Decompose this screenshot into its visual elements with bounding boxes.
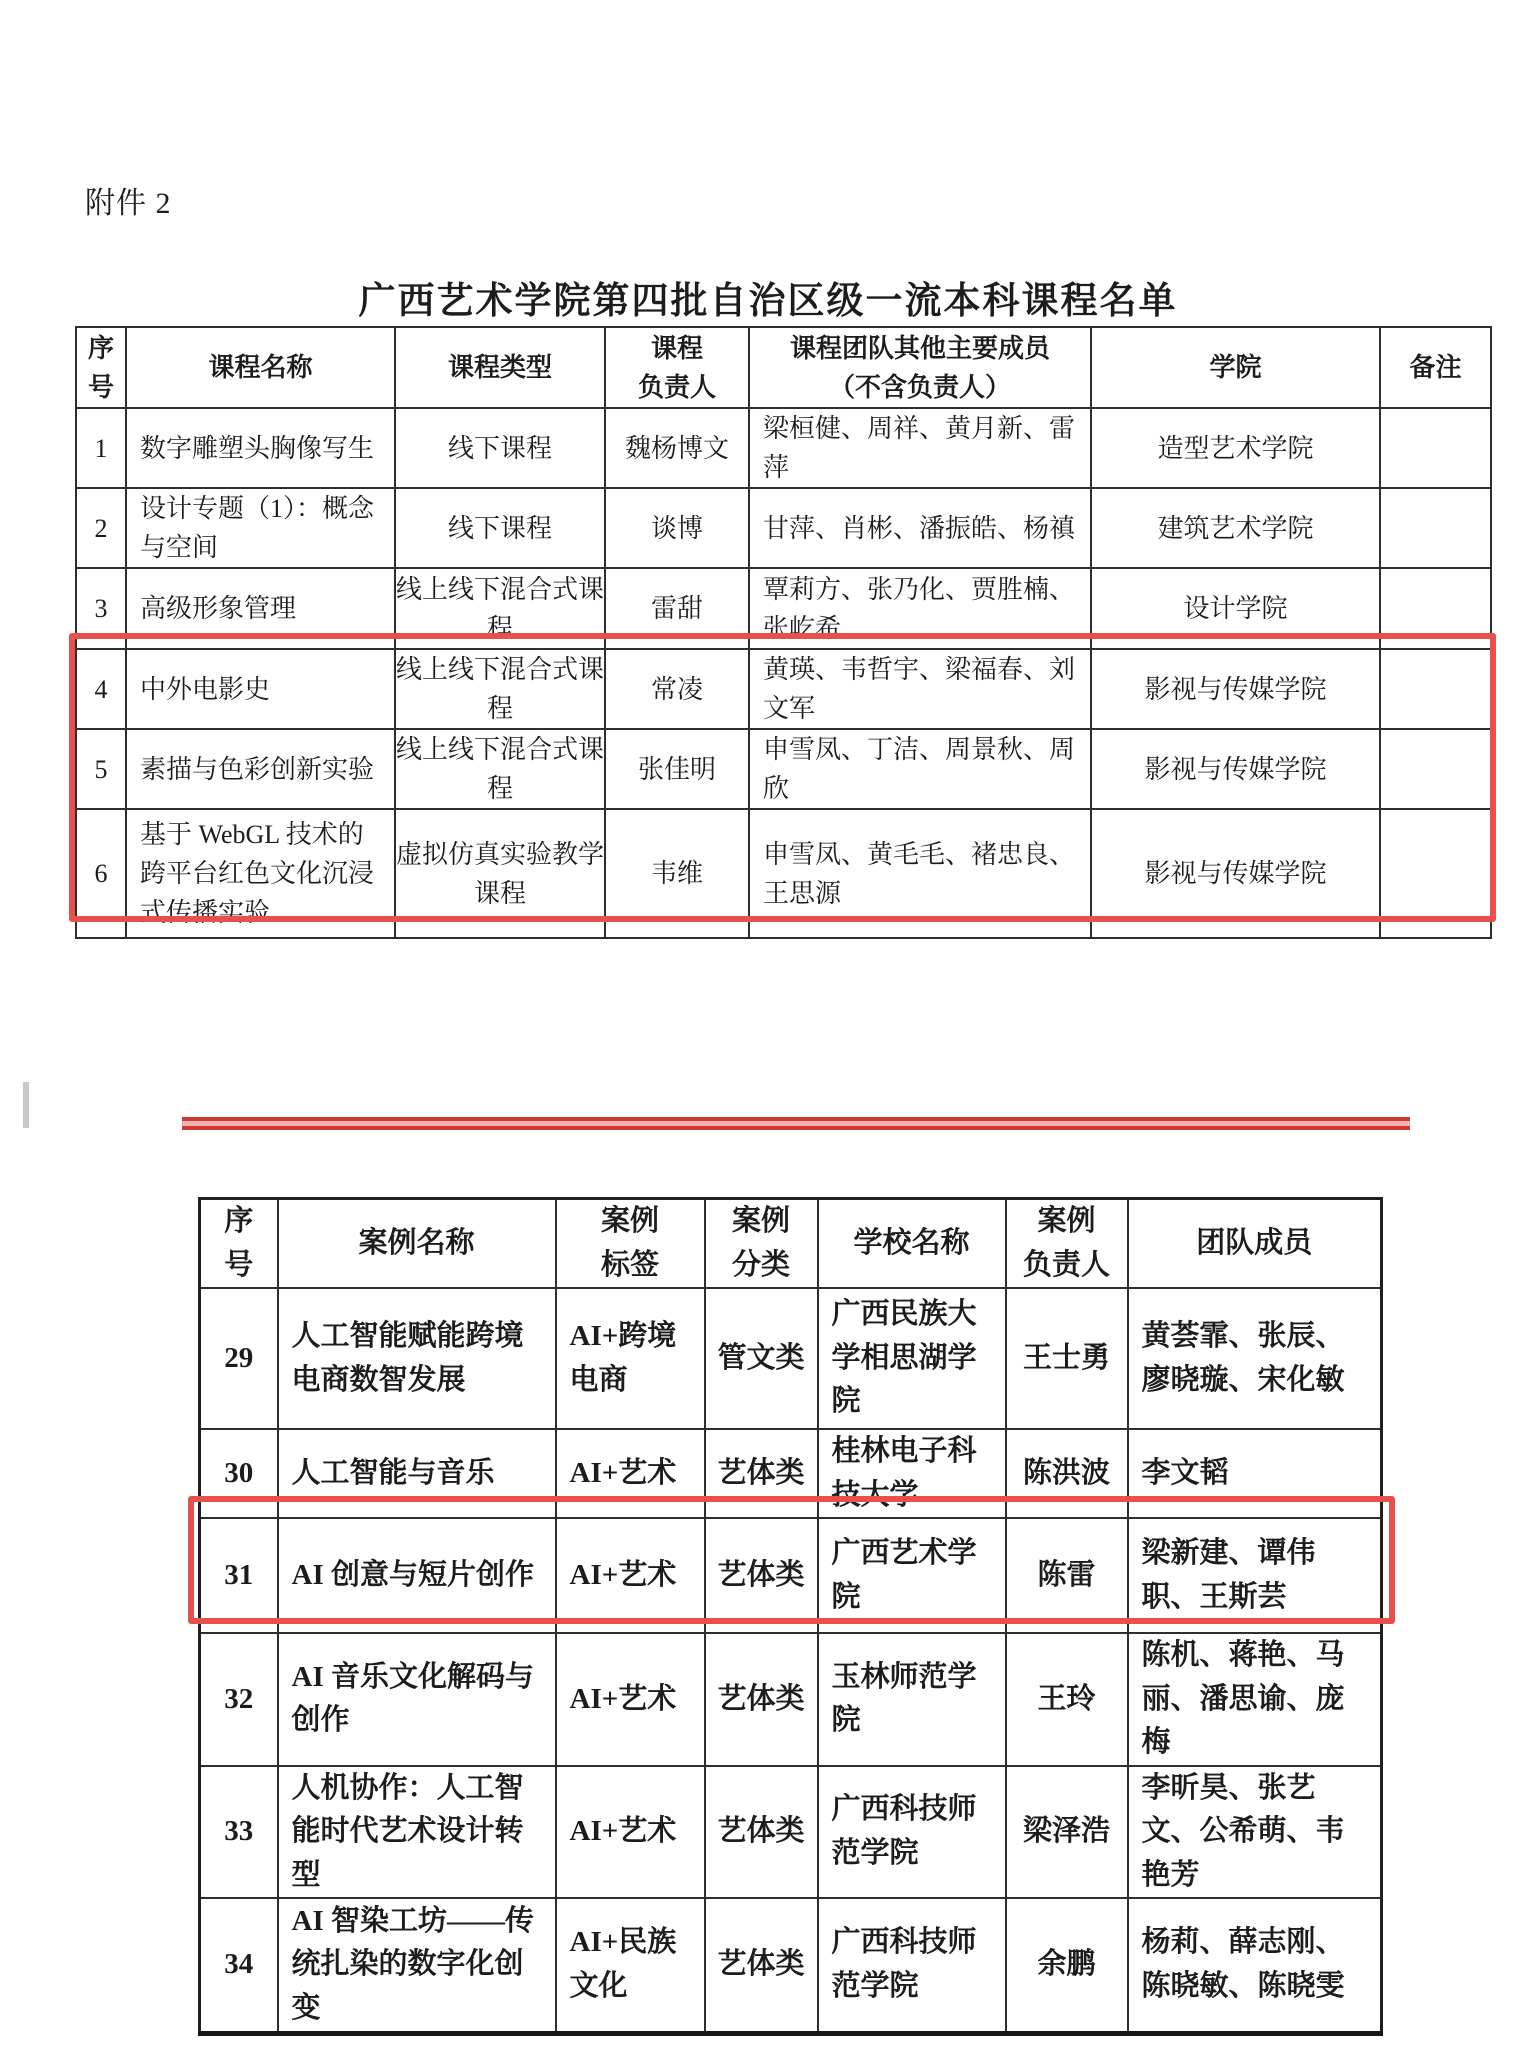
table1-row-4-col5: 影视与传媒学院 xyxy=(1091,649,1380,729)
table1-row-1-col3: 魏杨博文 xyxy=(605,408,749,488)
table1-row-3-col0: 3 xyxy=(76,568,126,649)
table1-row-2-col0: 2 xyxy=(76,488,126,568)
table1-row-6-col3: 韦维 xyxy=(605,809,749,938)
table2-row-34-col3: 艺体类 xyxy=(705,1898,818,2033)
table2-header-row: 序 号案例名称案例 标签案例 分类学校名称案例 负责人团队成员 xyxy=(200,1199,1382,1289)
table2-row-31-col1: AI 创意与短片创作 xyxy=(278,1518,556,1633)
table1-row-5-col2: 线上线下混合式课程 xyxy=(395,729,605,809)
table2-row-31-col0: 31 xyxy=(200,1518,278,1633)
table2-row-34-col0: 34 xyxy=(200,1898,278,2033)
table2-row-33-col6: 李昕昊、张艺文、公希萌、韦艳芳 xyxy=(1128,1766,1382,1899)
table1-row-6-col4: 申雪凤、黄毛毛、褚忠良、王思源 xyxy=(749,809,1091,938)
table1-row-5-col4: 申雪凤、丁洁、周景秋、周欣 xyxy=(749,729,1091,809)
table1-row-3-col5: 设计学院 xyxy=(1091,568,1380,649)
table2-header-col1: 案例名称 xyxy=(278,1199,556,1289)
table1-row-4-col6 xyxy=(1380,649,1491,729)
table2-row-30-col6: 李文韬 xyxy=(1128,1429,1382,1518)
table1-row-6: 6基于 WebGL 技术的跨平台红色文化沉浸式传播实验虚拟仿真实验教学课程韦维申… xyxy=(76,809,1491,938)
table1-header-row: 序 号课程名称课程类型课程 负责人课程团队其他主要成员 （不含负责人）学院备注 xyxy=(76,327,1491,408)
case-list-table: 序 号案例名称案例 标签案例 分类学校名称案例 负责人团队成员29人工智能赋能跨… xyxy=(198,1197,1383,2036)
table2-header-col5: 案例 负责人 xyxy=(1006,1199,1128,1289)
table2-row-30: 30人工智能与音乐AI+艺术艺体类桂林电子科技大学陈洪波李文韬 xyxy=(200,1429,1382,1518)
table1-row-1-col0: 1 xyxy=(76,408,126,488)
table1-row-2-col2: 线下课程 xyxy=(395,488,605,568)
table2-row-29: 29人工智能赋能跨境电商数智发展AI+跨境电商管文类广西民族大学相思湖学院王士勇… xyxy=(200,1288,1382,1429)
table2-row-29-col3: 管文类 xyxy=(705,1288,818,1429)
table1-header-col2: 课程类型 xyxy=(395,327,605,408)
table1-header-col3: 课程 负责人 xyxy=(605,327,749,408)
table2-row-32-col1: AI 音乐文化解码与创作 xyxy=(278,1633,556,1766)
table2-row-30-col1: 人工智能与音乐 xyxy=(278,1429,556,1518)
table1-row-6-col5: 影视与传媒学院 xyxy=(1091,809,1380,938)
table1-row-5-col0: 5 xyxy=(76,729,126,809)
table1-row-5-col5: 影视与传媒学院 xyxy=(1091,729,1380,809)
table1-row-1-col5: 造型艺术学院 xyxy=(1091,408,1380,488)
table2-header-col0: 序 号 xyxy=(200,1199,278,1289)
table2-row-29-col4: 广西民族大学相思湖学院 xyxy=(818,1288,1006,1429)
table1-row-2-col5: 建筑艺术学院 xyxy=(1091,488,1380,568)
table2-row-32-col3: 艺体类 xyxy=(705,1633,818,1766)
table2-row-33: 33人机协作：人工智能时代艺术设计转型AI+艺术艺体类广西科技师范学院梁泽浩李昕… xyxy=(200,1766,1382,1899)
table1-row-5: 5素描与色彩创新实验线上线下混合式课程张佳明申雪凤、丁洁、周景秋、周欣影视与传媒… xyxy=(76,729,1491,809)
table1-header-col1: 课程名称 xyxy=(126,327,395,408)
table1-row-1-col4: 梁桓健、周祥、黄月新、雷萍 xyxy=(749,408,1091,488)
table1-row-4-col1: 中外电影史 xyxy=(126,649,395,729)
table2-row-32-col2: AI+艺术 xyxy=(556,1633,705,1766)
table1-row-3: 3高级形象管理线上线下混合式课程雷甜覃莉方、张乃化、贾胜楠、张屹希设计学院 xyxy=(76,568,1491,649)
table2-row-34-col6: 杨莉、薛志刚、陈晓敏、陈晓雯 xyxy=(1128,1898,1382,2033)
table2-row-34-col4: 广西科技师范学院 xyxy=(818,1898,1006,2033)
table2-row-29-col2: AI+跨境电商 xyxy=(556,1288,705,1429)
table2-row-29-col0: 29 xyxy=(200,1288,278,1429)
table1-row-1-col2: 线下课程 xyxy=(395,408,605,488)
table2-row-32-col4: 玉林师范学院 xyxy=(818,1633,1006,1766)
table2-row-33-col5: 梁泽浩 xyxy=(1006,1766,1128,1899)
table2-row-34-col5: 余鹏 xyxy=(1006,1898,1128,2033)
table1-row-1-col6 xyxy=(1380,408,1491,488)
table1-row-6-col6 xyxy=(1380,809,1491,938)
table2-row-33-col0: 33 xyxy=(200,1766,278,1899)
table1-row-4-col0: 4 xyxy=(76,649,126,729)
table1-row-1-col1: 数字雕塑头胸像写生 xyxy=(126,408,395,488)
table1-row-1: 1数字雕塑头胸像写生线下课程魏杨博文梁桓健、周祥、黄月新、雷萍造型艺术学院 xyxy=(76,408,1491,488)
table2-row-31-col6: 梁新建、谭伟职、王斯芸 xyxy=(1128,1518,1382,1633)
table1-row-4-col4: 黄瑛、韦哲宇、梁福春、刘文军 xyxy=(749,649,1091,729)
table2-row-31-col2: AI+艺术 xyxy=(556,1518,705,1633)
table2-row-33-col1: 人机协作：人工智能时代艺术设计转型 xyxy=(278,1766,556,1899)
table2-row-33-col2: AI+艺术 xyxy=(556,1766,705,1899)
table1-row-3-col6 xyxy=(1380,568,1491,649)
table1-row-3-col2: 线上线下混合式课程 xyxy=(395,568,605,649)
table1-row-4: 4中外电影史线上线下混合式课程常凌黄瑛、韦哲宇、梁福春、刘文军影视与传媒学院 xyxy=(76,649,1491,729)
attachment-label: 附件 2 xyxy=(85,178,172,222)
table2-row-29-col6: 黄荟霏、张辰、廖晓璇、宋化敏 xyxy=(1128,1288,1382,1429)
table2-row-30-col0: 30 xyxy=(200,1429,278,1518)
table1-row-6-col2: 虚拟仿真实验教学课程 xyxy=(395,809,605,938)
table2-row-31-col4: 广西艺术学院 xyxy=(818,1518,1006,1633)
table1-row-4-col3: 常凌 xyxy=(605,649,749,729)
table1-row-5-col1: 素描与色彩创新实验 xyxy=(126,729,395,809)
table2-row-32-col0: 32 xyxy=(200,1633,278,1766)
table1-row-2-col3: 谈博 xyxy=(605,488,749,568)
table2-row-30-col5: 陈洪波 xyxy=(1006,1429,1128,1518)
section-divider-line xyxy=(182,1117,1410,1130)
table1-row-2-col1: 设计专题（1）：概念与空间 xyxy=(126,488,395,568)
table2-header-col3: 案例 分类 xyxy=(705,1199,818,1289)
table2-row-34-col1: AI 智染工坊——传统扎染的数字化创变 xyxy=(278,1898,556,2033)
table1-header-col6: 备注 xyxy=(1380,327,1491,408)
table1-row-6-col0: 6 xyxy=(76,809,126,938)
table2-row-31-col5: 陈雷 xyxy=(1006,1518,1128,1633)
table1-header-col4: 课程团队其他主要成员 （不含负责人） xyxy=(749,327,1091,408)
table1-row-6-col1: 基于 WebGL 技术的跨平台红色文化沉浸式传播实验 xyxy=(126,809,395,938)
table2-row-29-col5: 王士勇 xyxy=(1006,1288,1128,1429)
table2-header-col6: 团队成员 xyxy=(1128,1199,1382,1289)
table1-row-3-col3: 雷甜 xyxy=(605,568,749,649)
table2-row-31: 31AI 创意与短片创作AI+艺术艺体类广西艺术学院陈雷梁新建、谭伟职、王斯芸 xyxy=(200,1518,1382,1633)
left-margin-mark xyxy=(23,1082,29,1128)
table1-header-col0: 序 号 xyxy=(76,327,126,408)
table2-row-30-col2: AI+艺术 xyxy=(556,1429,705,1518)
table2-row-32: 32AI 音乐文化解码与创作AI+艺术艺体类玉林师范学院王玲陈机、蒋艳、马丽、潘… xyxy=(200,1633,1382,1766)
course-list-table: 序 号课程名称课程类型课程 负责人课程团队其他主要成员 （不含负责人）学院备注1… xyxy=(75,326,1492,939)
table2-row-31-col3: 艺体类 xyxy=(705,1518,818,1633)
table2-header-col4: 学校名称 xyxy=(818,1199,1006,1289)
table1-row-2-col4: 甘萍、肖彬、潘振皓、杨禛 xyxy=(749,488,1091,568)
table2-row-33-col3: 艺体类 xyxy=(705,1766,818,1899)
table2-row-30-col3: 艺体类 xyxy=(705,1429,818,1518)
table1-row-4-col2: 线上线下混合式课程 xyxy=(395,649,605,729)
table2-row-34-col2: AI+民族文化 xyxy=(556,1898,705,2033)
table1-row-5-col6 xyxy=(1380,729,1491,809)
table1-header-col5: 学院 xyxy=(1091,327,1380,408)
table2-row-33-col4: 广西科技师范学院 xyxy=(818,1766,1006,1899)
table1-title: 广西艺术学院第四批自治区级一流本科课程名单 xyxy=(0,270,1536,324)
table2-row-32-col6: 陈机、蒋艳、马丽、潘思谕、庞梅 xyxy=(1128,1633,1382,1766)
table2-row-32-col5: 王玲 xyxy=(1006,1633,1128,1766)
table1-row-2: 2设计专题（1）：概念与空间线下课程谈博甘萍、肖彬、潘振皓、杨禛建筑艺术学院 xyxy=(76,488,1491,568)
table2-header-col2: 案例 标签 xyxy=(556,1199,705,1289)
table2-row-34: 34AI 智染工坊——传统扎染的数字化创变AI+民族文化艺体类广西科技师范学院余… xyxy=(200,1898,1382,2033)
table2-row-30-col4: 桂林电子科技大学 xyxy=(818,1429,1006,1518)
table2-row-29-col1: 人工智能赋能跨境电商数智发展 xyxy=(278,1288,556,1429)
table1-row-5-col3: 张佳明 xyxy=(605,729,749,809)
table1-row-2-col6 xyxy=(1380,488,1491,568)
table1-row-3-col4: 覃莉方、张乃化、贾胜楠、张屹希 xyxy=(749,568,1091,649)
table1-row-3-col1: 高级形象管理 xyxy=(126,568,395,649)
